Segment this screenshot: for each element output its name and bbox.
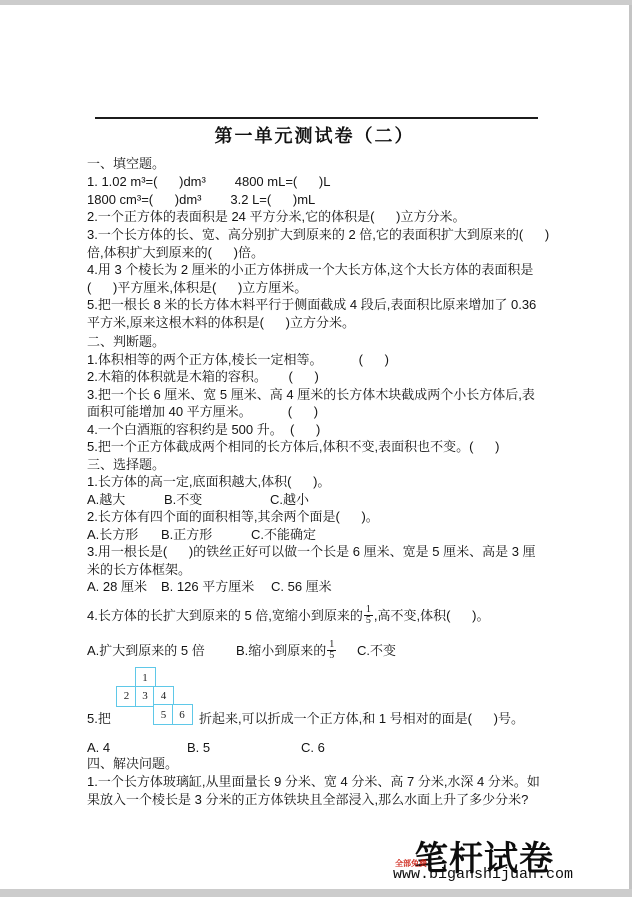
choice-q4-options: A.扩大到原来的 5 倍 B.缩小到原来的 1 5 C.不变 <box>87 640 555 661</box>
section-judge-heading: 二、判断题。 <box>87 334 555 350</box>
section-fill-heading: 一、填空题。 <box>87 156 555 172</box>
brand-site-url: www.biganshijuan.com <box>393 866 573 883</box>
fill-line-5: 倍,体积扩大到原来的( )倍。 <box>87 245 555 261</box>
net-square-6: 6 <box>172 704 193 725</box>
choice-q1: 1.长方体的高一定,底面积越大,体积( )。 <box>87 474 555 490</box>
choice-q3-line2: 米的长方体框架。 <box>87 562 555 578</box>
test-paper-page: 第一单元测试卷（二） 一、填空题。 1. 1.02 m³=( )dm³ 4800… <box>0 5 629 889</box>
q4-text-pre: 4.长方体的长扩大到原来的 5 倍,宽缩小到原来的 <box>87 608 363 624</box>
choice-q1-options: A.越大 B.不变 C.越小 <box>87 492 555 508</box>
judge-line-2: 2.木箱的体积就是木箱的容积。 ( ) <box>87 369 555 385</box>
option-c: C.不能确定 <box>251 527 316 543</box>
solve-line-1: 1.一个长方体玻璃缸,从里面量长 9 分米、宽 4 分米、高 7 分米,水深 4… <box>87 774 555 790</box>
option-c: C.越小 <box>270 492 309 508</box>
cube-net-figure: 1 2 3 4 5 6 <box>116 667 194 726</box>
choice-q5-pre: 5.把 <box>87 711 117 727</box>
fill-line-8: 5.把一根长 8 米的长方体木料平行于侧面截成 4 段后,表面积比原来增加了 0… <box>87 297 555 313</box>
option-c: C. 56 厘米 <box>271 579 332 595</box>
option-a: A. 28 厘米 <box>87 579 161 595</box>
choice-q5-post: 折起来,可以折成一个正方体,和 1 号相对的面是( )号。 <box>199 711 559 727</box>
option-a: A.长方形 <box>87 527 161 543</box>
choice-q2-options: A.长方形 B.正方形 C.不能确定 <box>87 527 555 543</box>
fraction-denominator: 5 <box>364 616 373 626</box>
option-a: A.越大 <box>87 492 164 508</box>
fill-line-1: 1. 1.02 m³=( )dm³ 4800 mL=( )L <box>87 174 555 190</box>
fill-line-9: 平方米,原来这根木料的体积是( )立方分米。 <box>87 315 555 331</box>
header-divider <box>95 117 538 119</box>
choice-q5-options: A. 4 B. 5 C. 6 <box>87 740 555 756</box>
fill-line-2: 1800 cm³=( )dm³ 3.2 L=( )mL <box>87 192 555 208</box>
solve-line-2: 果放入一个棱长是 3 分米的正方体铁块且全部浸入,那么水面上升了多少分米? <box>87 792 555 808</box>
choice-q3-options: A. 28 厘米 B. 126 平方厘米 C. 56 厘米 <box>87 579 555 595</box>
option-a: A.扩大到原来的 5 倍 <box>87 643 236 659</box>
option-c: C.不变 <box>357 643 396 659</box>
option-a: A. 4 <box>87 740 187 756</box>
judge-line-1: 1.体积相等的两个正方体,棱长一定相等。 ( ) <box>87 352 555 368</box>
option-c: C. 6 <box>301 740 325 756</box>
option-b: B. 5 <box>187 740 301 756</box>
judge-line-3: 3.把一个长 6 厘米、宽 5 厘米、高 4 厘米的长方体木块截成两个小长方体后… <box>87 387 555 403</box>
judge-line-4: 面积可能增加 40 平方厘米。 ( ) <box>87 404 555 420</box>
section-solve-heading: 四、解决问题。 <box>87 756 555 772</box>
fill-line-4: 3.一个长方体的长、宽、高分别扩大到原来的 2 倍,它的表面积扩大到原来的( ) <box>87 227 555 243</box>
option-b: B.不变 <box>164 492 270 508</box>
fraction-one-fifth: 1 5 <box>364 605 373 626</box>
judge-line-5: 4.一个白酒瓶的容积约是 500 升。 ( ) <box>87 422 555 438</box>
fill-line-6: 4.用 3 个棱长为 2 厘米的小正方体拼成一个大长方体,这个大长方体的表面积是 <box>87 262 555 278</box>
section-choice-heading: 三、选择题。 <box>87 457 555 473</box>
choice-q2: 2.长方体有四个面的面积相等,其余两个面是( )。 <box>87 509 555 525</box>
page-title: 第一单元测试卷（二） <box>0 122 629 148</box>
fraction-denominator: 5 <box>327 651 336 661</box>
judge-line-6: 5.把一个正方体截成两个相同的长方体后,体积不变,表面积也不变。( ) <box>87 439 555 455</box>
fill-line-7: ( )平方厘米,体积是( )立方厘米。 <box>87 280 555 296</box>
fraction-one-fifth: 1 5 <box>327 640 336 661</box>
option-b: B. 126 平方厘米 <box>161 579 271 595</box>
option-b-text: B.缩小到原来的 <box>236 643 326 659</box>
q4-text-post: ,高不变,体积( )。 <box>374 608 490 624</box>
fill-line-3: 2.一个正方体的表面积是 24 平方分米,它的体积是( )立方分米。 <box>87 209 555 225</box>
option-b: B.正方形 <box>161 527 251 543</box>
choice-q4: 4.长方体的长扩大到原来的 5 倍,宽缩小到原来的 1 5 ,高不变,体积( )… <box>87 605 555 626</box>
choice-q3-line1: 3.用一根长是( )的铁丝正好可以做一个长是 6 厘米、宽是 5 厘米、高是 3… <box>87 544 555 560</box>
option-b: B.缩小到原来的 1 5 <box>236 640 357 661</box>
